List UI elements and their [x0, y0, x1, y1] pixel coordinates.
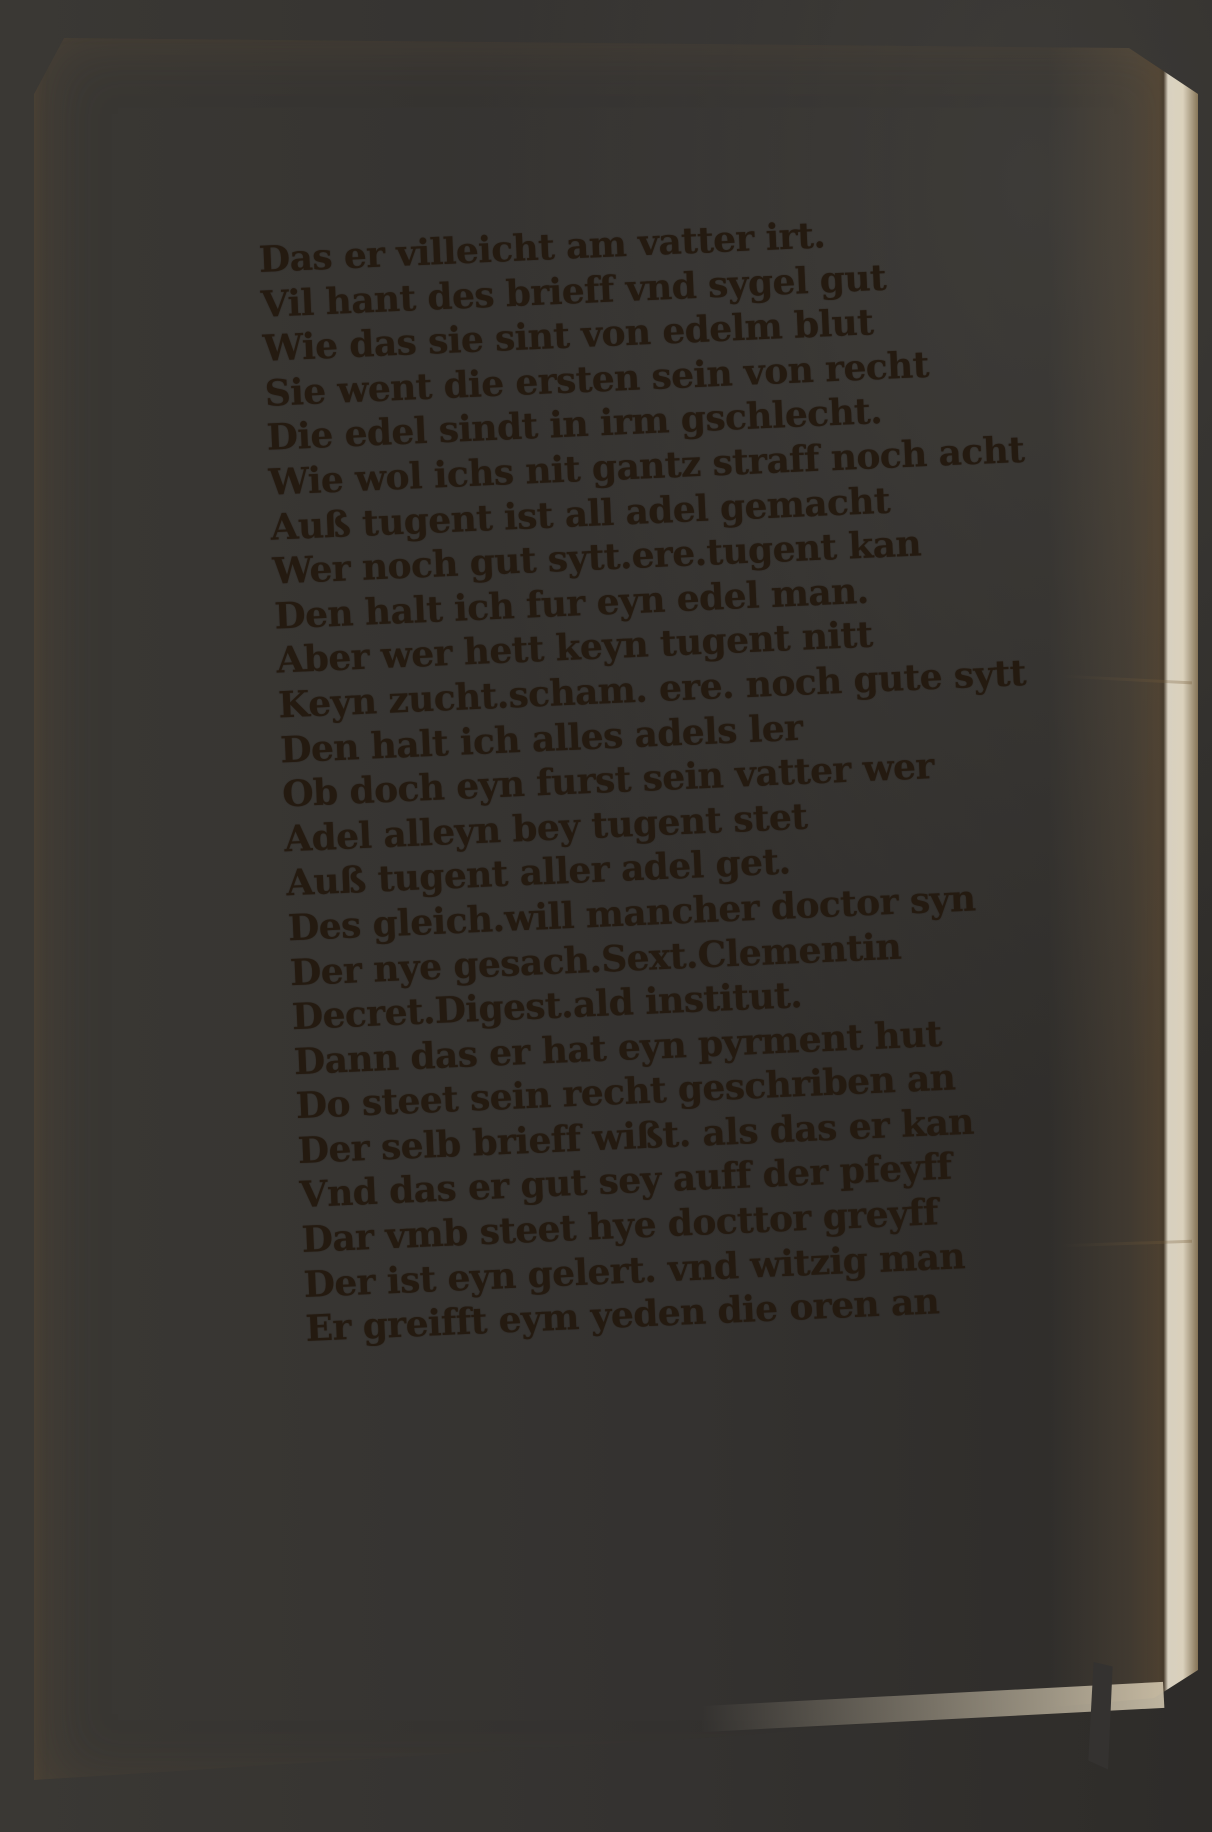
fore-edge-crease	[1062, 675, 1192, 685]
book-page: Das er villeicht am vatter irt.Vil hant …	[34, 30, 1198, 1798]
page-fore-edge	[1048, 30, 1198, 1798]
verse-text-block: Das er villeicht am vatter irt.Vil hant …	[258, 204, 1086, 1352]
